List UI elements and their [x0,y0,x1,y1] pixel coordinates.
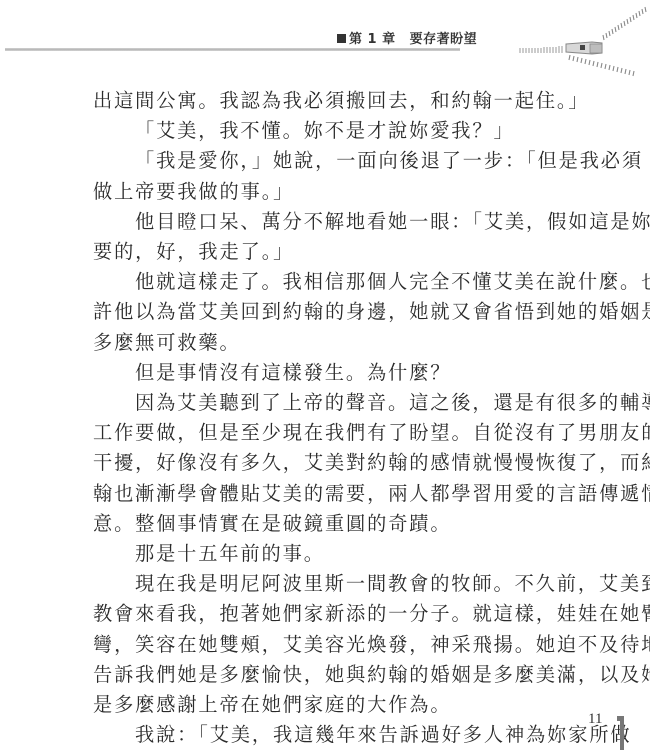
text-line: 是多麼感謝上帝在她們家庭的大作為。 [93,690,563,720]
paragraph: 他目瞪口呆、萬分不解地看她一眼：「艾美，假如這是妳 要的，好，我走了。」 [93,207,563,267]
text-line: 工作要做，但是至少現在我們有了盼望。自從沒有了男朋友的 [93,418,563,448]
square-bullet-icon [337,34,346,43]
paragraph: 那是十五年前的事。 [93,539,563,569]
text-line: 現在我是明尼阿波里斯一間教會的牧師。不久前，艾美到 [93,569,563,599]
header-rule [5,48,460,51]
text-line: 那是十五年前的事。 [93,539,563,569]
text-line: 他目瞪口呆、萬分不解地看她一眼：「艾美，假如這是妳 [93,207,563,237]
text-line: 意。整個事情實在是破鏡重圓的奇蹟。 [93,509,563,539]
text-line: 翰也漸漸學會體貼艾美的需要，兩人都學習用愛的言語傳遞情 [93,479,563,509]
body-text: 出這間公寓。我認為我必須搬回去，和約翰一起住。」 「艾美，我不懂。妳不是才說妳愛… [93,86,563,750]
text-line: 教會來看我，抱著她們家新添的一分子。就這樣，娃娃在她臂 [93,599,563,629]
chapter-label: 第 1 章 [349,32,396,47]
page-corner-bracket-icon [620,716,624,750]
paragraph: 但是事情沒有這樣發生。為什麼？ [93,358,563,388]
paragraph: 因為艾美聽到了上帝的聲音。這之後，還是有很多的輔導 工作要做，但是至少現在我們有… [93,388,563,539]
text-line: 「我是愛你，」她說，一面向後退了一步：「但是我必須 [93,146,563,176]
paragraph: 我說：「艾美，我這幾年來告訴過好多人神為妳家所做 [93,720,563,750]
text-line: 但是事情沒有這樣發生。為什麼？ [93,358,563,388]
page-number: 11 [588,711,602,728]
text-line: 告訴我們她是多麼愉快，她與約翰的婚姻是多麼美滿，以及她 [93,660,563,690]
text-line: 許他以為當艾美回到約翰的身邊，她就又會省悟到她的婚姻是 [93,297,563,327]
text-line: 要的，好，我走了。」 [93,237,563,267]
paragraph: 「艾美，我不懂。妳不是才說妳愛我？」 [93,116,563,146]
text-line: 我說：「艾美，我這幾年來告訴過好多人神為妳家所做 [93,720,563,750]
text-line: 干擾，好像沒有多久，艾美對約翰的感情就慢慢恢復了，而約 [93,448,563,478]
text-line: 他就這樣走了。我相信那個人完全不懂艾美在說什麼。也 [93,267,563,297]
paragraph: 現在我是明尼阿波里斯一間教會的牧師。不久前，艾美到 教會來看我，抱著她們家新添的… [93,569,563,720]
text-line: 「艾美，我不懂。妳不是才說妳愛我？」 [93,116,563,146]
paragraph: 「我是愛你，」她說，一面向後退了一步：「但是我必須 做上帝要我做的事。」 [93,146,563,206]
paragraph: 出這間公寓。我認為我必須搬回去，和約翰一起住。」 [93,86,563,116]
text-line: 多麼無可救藥。 [93,328,563,358]
text-line: 彎，笑容在她雙頰，艾美容光煥發，神采飛揚。她迫不及待地 [93,630,563,660]
paragraph: 他就這樣走了。我相信那個人完全不懂艾美在說什麼。也 許他以為當艾美回到約翰的身邊… [93,267,563,358]
text-line: 因為艾美聽到了上帝的聲音。這之後，還是有很多的輔導 [93,388,563,418]
text-line: 做上帝要我做的事。」 [93,177,563,207]
text-line: 出這間公寓。我認為我必須搬回去，和約翰一起住。」 [93,86,563,116]
zipper-icon [420,0,650,80]
